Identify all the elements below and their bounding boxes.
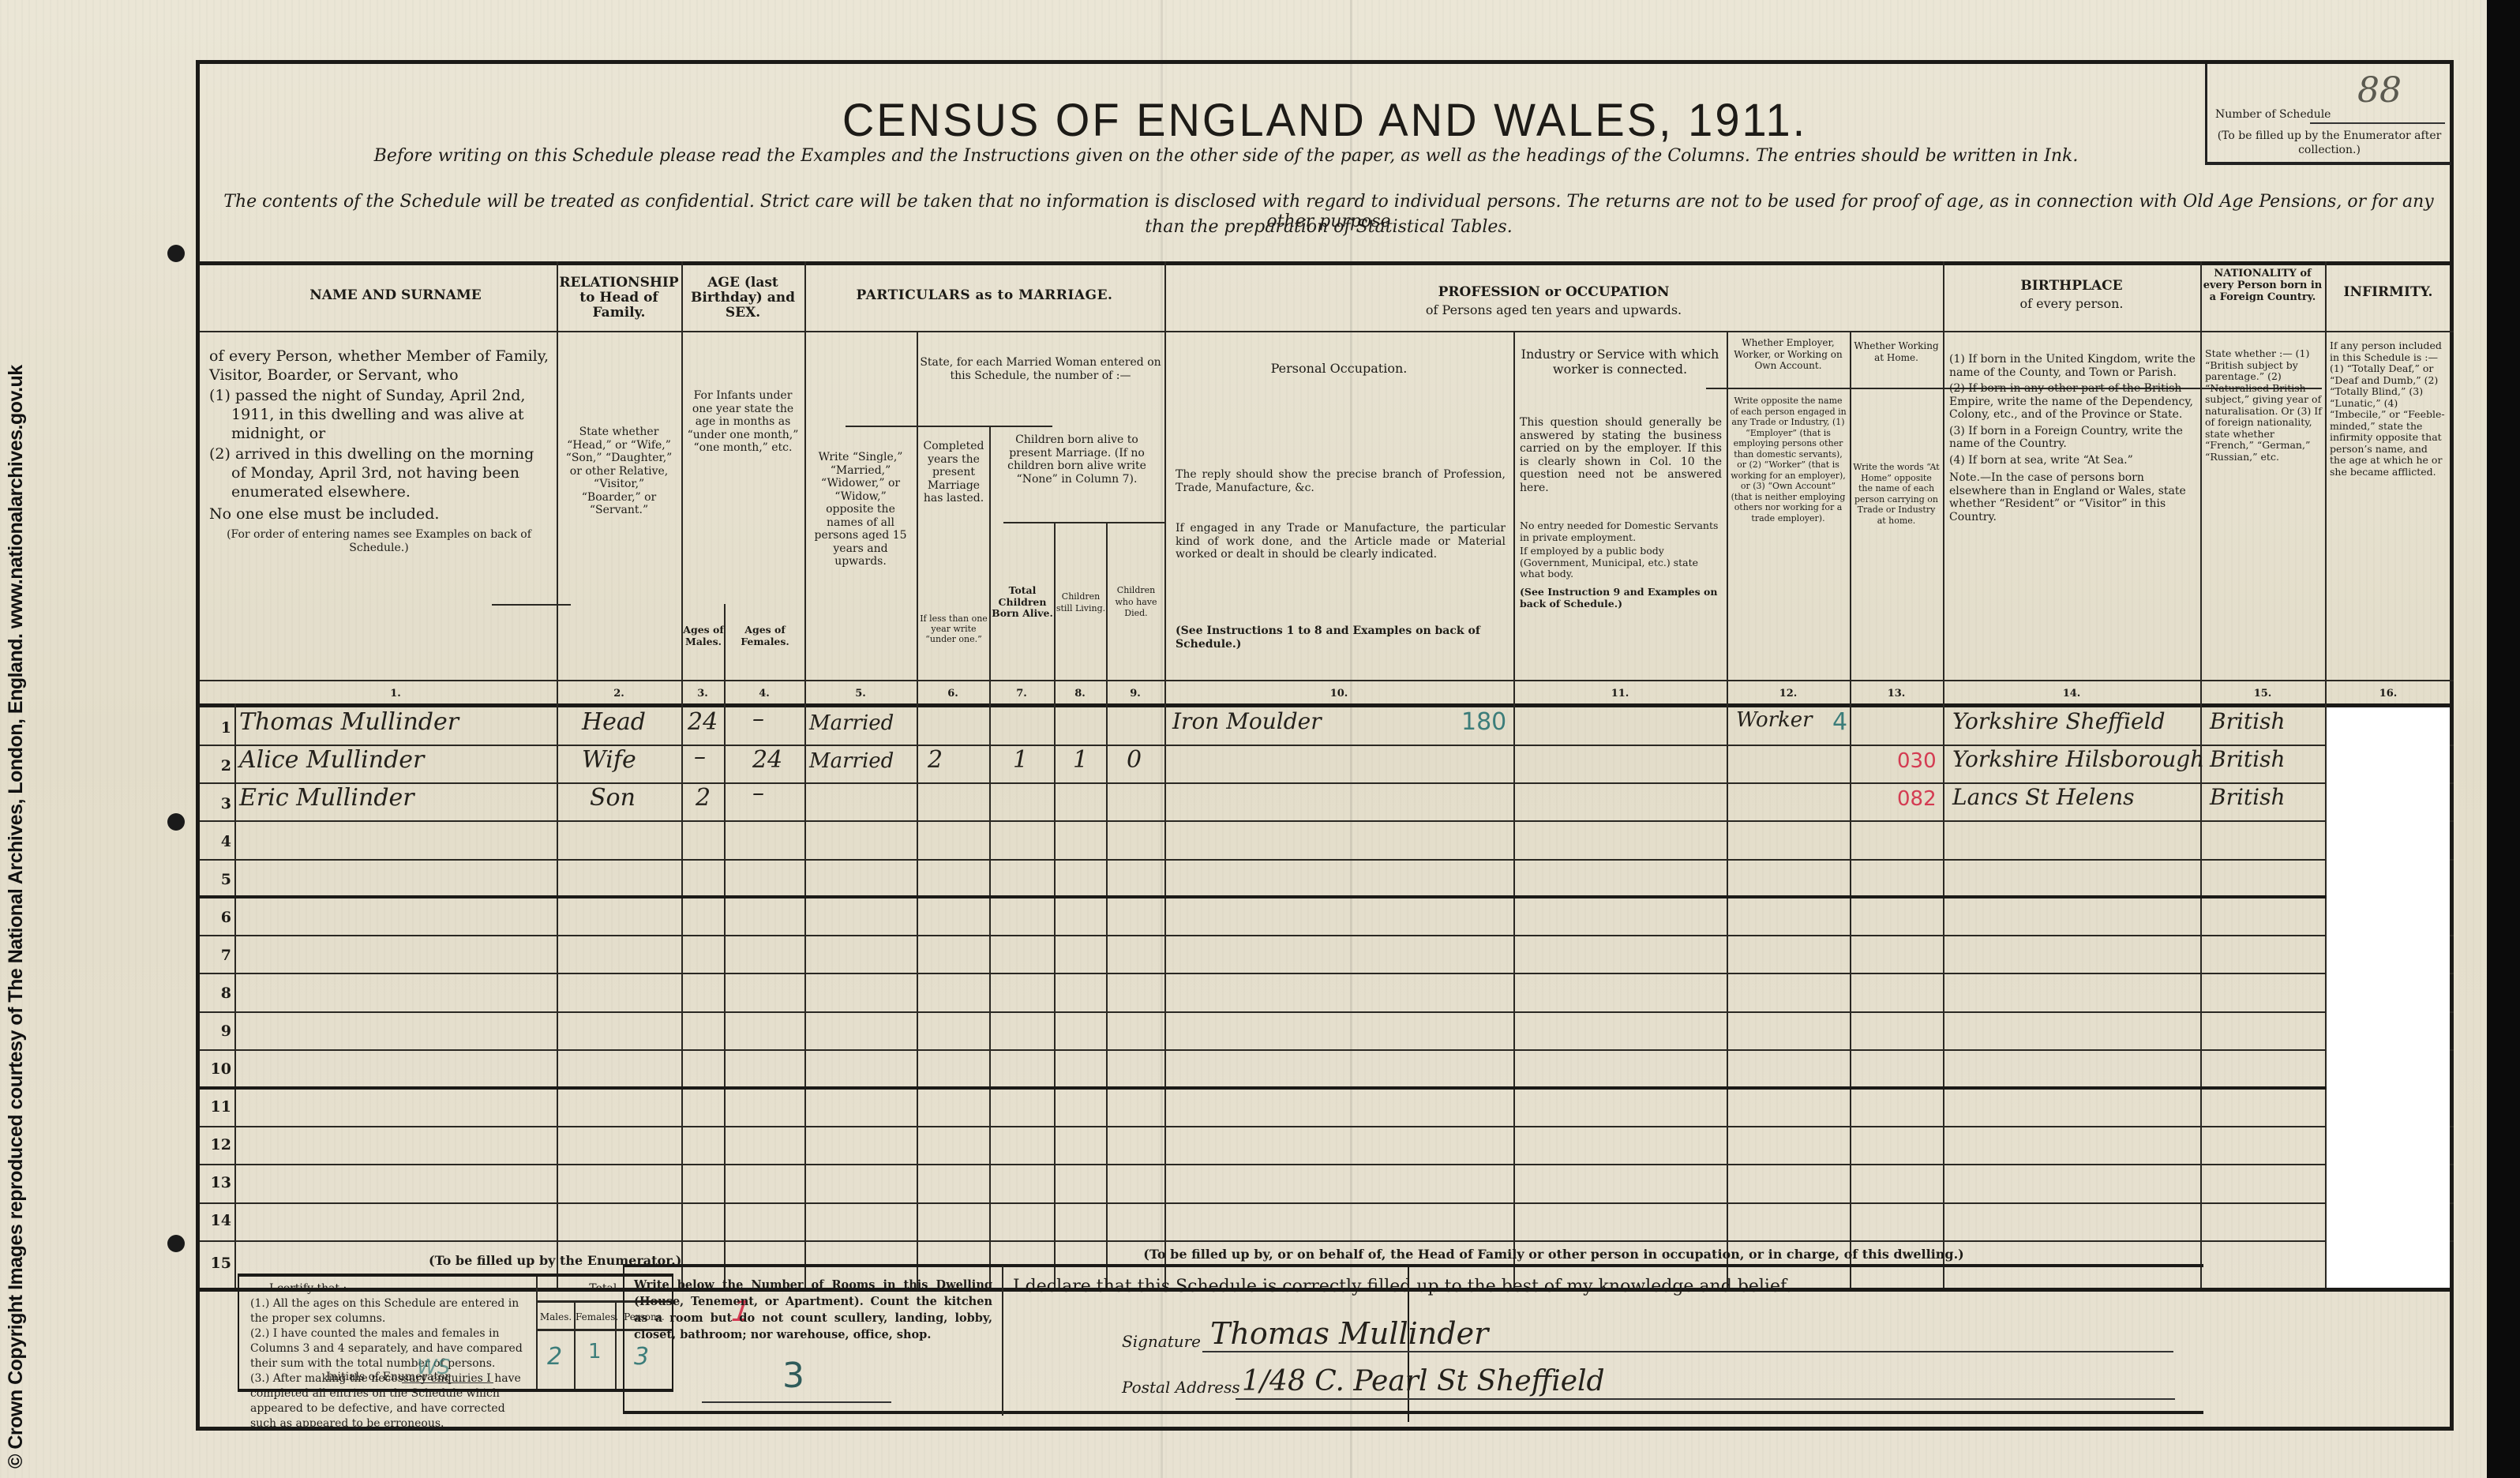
heading-infirmity: INFIRMITY. [2325,285,2451,300]
heading-relationship: RELATIONSHIP to Head of Family. [557,276,681,321]
rule [846,426,1052,427]
census-schedule-form: CENSUS OF ENGLAND AND WALES, 1911. Befor… [196,60,2454,1431]
name-instr-1: (1) passed the night of Sunday, April 2n… [209,386,549,443]
row-rule [200,935,2454,936]
copyright-notice: © Crown Copyright Images reproduced cour… [5,126,28,1469]
rooms-line [702,1401,891,1403]
marriage-condition-instr: Write “Single,” “Married,” “Widower,” or… [809,451,912,568]
col-number: 2. [557,688,681,700]
marriage-years-note: If less than one year write “under one.” [918,613,989,644]
rooms-instructions: Write below the Number of Rooms in this … [634,1277,992,1343]
punch-hole [167,245,185,262]
subheading-birthplace: of every person. [1943,296,2200,311]
scan-edge [2487,0,2520,1478]
rule [804,261,806,1292]
redacted-infirmity-column [2327,707,2450,1288]
children-living-label: Children still Living. [1056,591,1106,614]
col-number: 5. [804,688,917,700]
rule [557,261,558,1292]
personal-instr-1: The reply should show the precise branch… [1176,468,1506,494]
heading-name: NAME AND SURNAME [234,288,557,303]
rule [2200,261,2202,1292]
row-rule [200,820,2454,822]
cell-occupation[interactable]: Iron Moulder [1172,708,1322,734]
infirmity-instr: If any person included in this Schedule … [2330,340,2447,478]
rule [615,1300,617,1389]
cell-name[interactable]: Alice Mullinder [239,746,424,774]
cell-birthplace-code: 030 [1897,749,1937,773]
rule [1002,1266,1003,1416]
cell-age-male[interactable]: 2 [696,784,711,812]
initials-line [402,1382,493,1383]
row-number: 5 [200,871,234,888]
row-rule [200,1011,2454,1013]
row-number: 9 [200,1022,234,1040]
industry-instr-1: This question should generally be answer… [1520,416,1722,494]
age-males-label: Ages of Males. [683,625,724,647]
col-number: 4. [724,688,804,700]
home-label: Whether Working at Home. [1850,340,1943,363]
schedule-number-note: (To be filled up by the Enumerator after… [2214,129,2445,157]
cell-age-male[interactable]: – [694,743,706,771]
signature-label: Signature [1122,1332,1201,1351]
rule [1727,331,1728,1292]
row-rule [200,1202,2454,1204]
industry-label: Industry or Service with which worker is… [1513,347,1727,377]
cell-marital[interactable]: Married [809,749,894,773]
age-females-label: Ages of Females. [726,625,804,647]
cell-occupation-code: 180 [1461,708,1506,736]
cell-birthplace[interactable]: Yorkshire Sheffield [1952,708,2166,734]
col-number: 15. [2200,688,2325,700]
row-rule [200,895,2454,898]
rule [1943,261,1944,1292]
schedule-number-value[interactable]: 88 [2357,70,2402,111]
birthplace-instructions: (1) If born in the United Kingdom, write… [1949,353,2196,523]
household-table: NAME AND SURNAME of every Person, whethe… [200,261,2450,1292]
col-number: 3. [681,688,724,700]
rule [1513,331,1515,1292]
col-number: 14. [1943,688,2200,700]
census-page: © Crown Copyright Images reproduced cour… [0,0,2520,1478]
cell-birthplace[interactable]: Yorkshire Hilsborough [1952,746,2204,772]
cell-relationship[interactable]: Wife [582,746,636,774]
total-females-value[interactable]: 1 [588,1340,602,1364]
rule [724,604,726,1292]
cell-relationship[interactable]: Head [582,708,646,736]
rooms-value[interactable]: 3 [782,1356,804,1396]
row-number: 8 [200,985,234,1002]
rule [1054,522,1056,1292]
row-number: 3 [200,795,234,812]
personal-occupation-label: Personal Occupation. [1164,361,1513,376]
postal-address-line [1236,1398,2175,1400]
rule [1164,261,1166,1292]
heading-birthplace: BIRTHPLACE [1943,279,2200,294]
name-instr-4: (For order of entering names see Example… [209,528,549,554]
cell-children-total[interactable]: 1 [1013,746,1028,774]
personal-instr-2: If engaged in any Trade or Manufacture, … [1176,522,1506,561]
col-number: 8. [1054,688,1106,700]
marriage-years-label: Completed years the present Marriage has… [918,440,989,505]
cell-children-living[interactable]: 1 [1073,746,1088,774]
cell-marital[interactable]: Married [809,711,894,735]
initials-value[interactable]: WS [417,1356,450,1379]
employer-instr: Write opposite the name of each person e… [1730,396,1847,523]
rule [200,703,2454,707]
cell-nationality[interactable]: British [2210,746,2286,772]
col-number: 9. [1106,688,1164,700]
page-title: CENSUS OF ENGLAND AND WALES, 1911. [200,92,2450,146]
heading-age: AGE (last Birthday) and SEX. [681,276,804,321]
col-number: 6. [917,688,989,700]
postal-address-value[interactable]: 1/48 C. Pearl St Sheffield [1242,1365,1605,1397]
col-number: 1. [234,688,557,700]
cell-age-female[interactable]: 24 [752,746,782,774]
row-number: 6 [200,909,234,926]
cell-nationality[interactable]: British [2210,784,2286,810]
total-males-value[interactable]: 2 [547,1343,562,1371]
row-number: 13 [200,1174,234,1191]
industry-instr-2: No entry needed for Domestic Servants in… [1520,520,1722,543]
age-instructions: For Infants under one year state the age… [686,389,800,455]
enumerator-certificate-box: I certify that :— (1.) All the ages on t… [238,1274,673,1392]
rule [200,261,2454,265]
row-rule [200,1126,2454,1127]
postal-address-label: Postal Address [1122,1378,1240,1397]
enumerator-certify-text: I certify that :— (1.) All the ages on t… [250,1281,534,1431]
subheading-occupation: of Persons aged ten years and upwards. [1164,302,1943,317]
rule [574,1300,576,1389]
rule [200,331,2454,332]
cell-age-male[interactable]: 24 [688,708,718,736]
birthplace-note: Note.—In the case of persons born elsewh… [1949,471,2196,523]
cell-employer[interactable]: Worker [1736,708,1813,732]
col-number: 11. [1513,688,1727,700]
row-number: 4 [200,833,234,850]
relationship-instructions: State whether “Head,” or “Wife,” “Son,” … [563,426,675,517]
row-number: 1 [200,719,234,737]
col-number: 10. [1164,688,1513,700]
birthplace-instr-4: (4) If born at sea, write “At Sea.” [1949,454,2196,467]
col-number: 12. [1727,688,1850,700]
cell-age-female[interactable]: – [752,779,764,807]
heading-marriage: PARTICULARS as to MARRIAGE. [804,288,1164,303]
certify-item-2: (2.) I have counted the males and female… [250,1326,534,1371]
confidential-line-2: than the preparation of Statistical Tabl… [208,217,2450,237]
rule [1850,331,1851,1292]
cell-marriage-years[interactable]: 2 [928,746,943,774]
row-rule [200,1164,2454,1165]
row-number: 15 [200,1255,234,1272]
name-instr-2: (2) arrived in this dwelling on the morn… [209,445,549,501]
rule [200,680,2454,681]
cell-name[interactable]: Eric Mullinder [239,784,414,812]
schedule-number-box: 88 Number of Schedule (To be filled up b… [2205,64,2451,165]
col-number: 7. [989,688,1054,700]
rule [681,261,683,1292]
cell-relationship[interactable]: Son [590,784,636,812]
heading-occupation: PROFESSION or OCCUPATION [1164,285,1943,300]
row-rule [200,1049,2454,1051]
cell-employer-code: 4 [1832,708,1847,736]
cell-birthplace[interactable]: Lancs St Helens [1952,784,2135,810]
name-instr-3: No one else must be included. [209,505,549,523]
married-woman-instr: State, for each Married Woman entered on… [920,356,1161,382]
punch-hole [167,1235,185,1252]
rule [1106,522,1108,1292]
row-rule [200,859,2454,861]
col-number: 16. [2325,688,2451,700]
cell-age-female[interactable]: – [752,705,764,733]
schedule-number-label: Number of Schedule [2215,108,2331,121]
col-number: 13. [1850,688,1943,700]
personal-instr-3: (See Instructions 1 to 8 and Examples on… [1176,625,1506,651]
instruction-line: Before writing on this Schedule please r… [247,146,2205,166]
birthplace-instr-3: (3) If born in a Foreign Country, write … [1949,425,2196,451]
certify-item-1: (1.) All the ages on this Schedule are e… [250,1296,534,1326]
name-instructions: of every Person, whether Member of Famil… [209,347,549,554]
birthplace-instr-2: (2) If born in any other part of the Bri… [1949,382,2196,422]
signature-line [1202,1351,2173,1352]
industry-instr-4: (See Instruction 9 and Examples on back … [1520,587,1722,610]
certify-label: I certify that :— [250,1281,534,1296]
cell-nationality[interactable]: British [2210,708,2286,734]
row-rule [200,1240,2454,1242]
cell-children-died[interactable]: 0 [1127,746,1142,774]
rule [492,604,571,606]
children-total-label: Total Children Born Alive. [991,585,1054,620]
nationality-instr: State whether :— (1) “British subject by… [2205,348,2322,463]
punch-hole [167,813,185,831]
declaration-text: I declare that this Schedule is correctl… [1013,1277,1791,1296]
birthplace-instr-1: (1) If born in the United Kingdom, write… [1949,353,2196,379]
home-instr: Write the words “At Home” opposite the n… [1853,462,1940,526]
children-group-label: Children born alive to present Marriage.… [992,433,1161,486]
row-number: 7 [200,947,234,964]
schedule-number-line [2310,122,2445,124]
heading-nationality: NATIONALITY of every Person born in a Fo… [2200,268,2325,303]
rule [1003,522,1166,523]
row-number: 14 [200,1212,234,1229]
row-rule [200,973,2454,974]
householder-section-title: (To be filled up by, or on behalf of, th… [673,1247,2434,1262]
males-label: Males. [538,1310,574,1325]
row-number: 2 [200,757,234,775]
signature-value[interactable]: Thomas Mullinder [1210,1316,1488,1351]
females-label: Females. [576,1310,615,1325]
employer-label: Whether Employer, Worker, or Working on … [1727,337,1850,372]
row-number: 12 [200,1136,234,1154]
row-number: 10 [200,1060,234,1078]
row-number: 11 [200,1098,234,1116]
cell-name[interactable]: Thomas Mullinder [239,708,459,736]
children-died-label: Children who have Died. [1108,585,1164,620]
row-rule [200,1086,2454,1090]
cell-birthplace-code: 082 [1897,787,1937,811]
name-instr-0: of every Person, whether Member of Famil… [209,347,549,385]
industry-instr-3: If employed by a public body (Government… [1520,546,1722,580]
